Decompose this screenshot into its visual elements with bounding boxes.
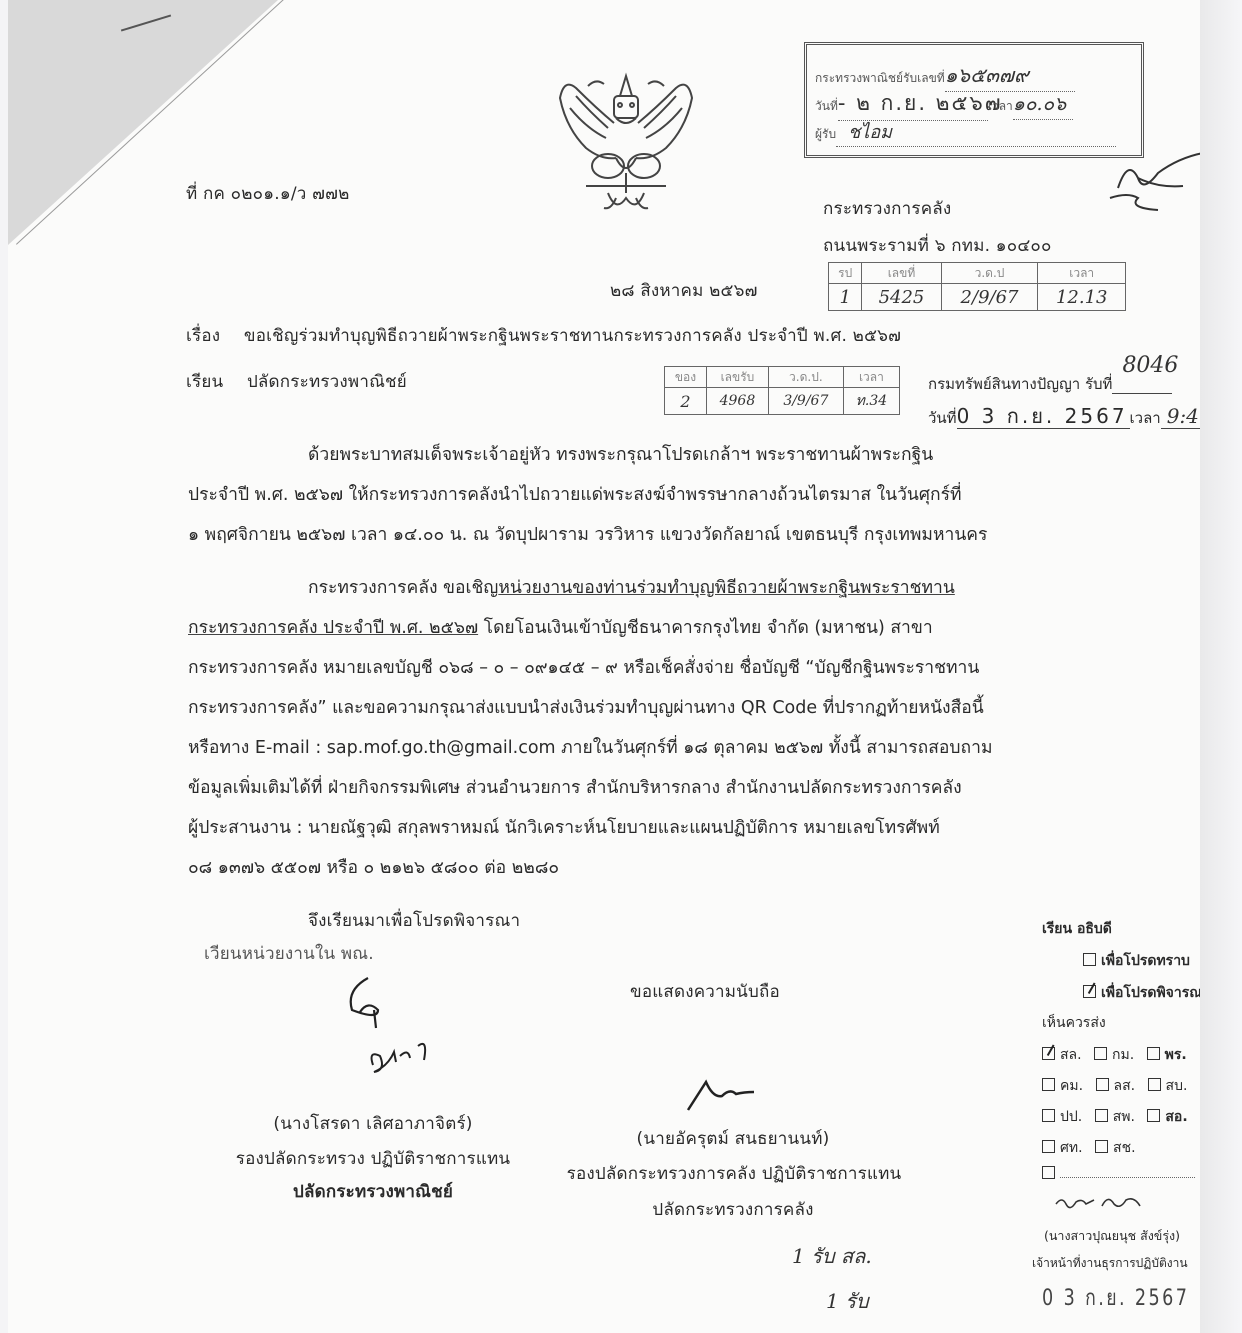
page-edge-shadow <box>1200 0 1242 1333</box>
ip-department-stamp: กรมทรัพย์สินทางปัญญา รับที่8046 <box>928 372 1172 396</box>
unit-label: สบ. <box>1166 1078 1188 1094</box>
right-signatory-name: (นายอัครุตม์ สนธยานนท์) <box>538 1125 928 1152</box>
unit-label: สล. <box>1060 1047 1082 1063</box>
folded-corner <box>8 0 278 245</box>
paragraph-2-line-3: กระทรวงการคลัง หมายเลขบัญชี ๐๖๘ – ๐ – ๐๙… <box>188 653 1098 681</box>
ip-receipt-value: 8046 <box>1122 353 1178 378</box>
sender-address: ถนนพระรามที่ ๖ กทม. ๑๐๔๐๐ <box>823 232 1052 259</box>
table-header: ว.ด.ป <box>941 263 1038 284</box>
underlined-text: กระทรวงการคลัง ประจำปี พ.ศ. ๒๕๖๗ <box>188 618 478 638</box>
regards-text: ขอแสดงความนับถือ <box>630 978 780 1005</box>
table-header: เลขที่ <box>862 263 941 284</box>
unit-row-3: ปป. สพ. สอ. <box>1042 1106 1196 1128</box>
table-cell: 2 <box>665 388 707 415</box>
recipient-text: ปลัดกระทรวงพาณิชย์ <box>247 372 407 392</box>
commerce-receipt-stamp: กระทรวงพาณิชย์รับเลขที่๑๖๕๓๗๙ วันที่- ๒ … <box>804 42 1144 158</box>
checkbox[interactable] <box>1042 1109 1055 1122</box>
table-cell: 12.13 <box>1038 284 1126 311</box>
table-header: ว.ด.ป. <box>768 367 843 388</box>
unit-row-1: สล. กม. พร. <box>1042 1044 1195 1066</box>
table-cell: 4968 <box>706 388 768 415</box>
reference-number: ที่ กค ๐๒๐๑.๑/ว ๗๗๒ <box>186 180 349 207</box>
routing-header: เรียน อธิบดี <box>1042 918 1112 940</box>
checkbox[interactable] <box>1083 953 1096 966</box>
receipt-no-label: กระทรวงพาณิชย์รับเลขที่ <box>815 71 945 85</box>
registry-stamp-table-1: รป เลขที่ ว.ด.ป เวลา 1 5425 2/9/67 12.13 <box>828 262 1126 311</box>
unit-label: ปป. <box>1060 1109 1082 1125</box>
paragraph-1-line-1: ด้วยพระบาทสมเด็จพระเจ้าอยู่หัว ทรงพระกรุ… <box>188 440 1098 468</box>
handwritten-note-2: 1 รับ <box>826 1285 869 1317</box>
right-signature-icon <box>678 1070 778 1120</box>
recipient-line: เรียน ปลัดกระทรวงพาณิชย์ <box>186 368 407 395</box>
checkbox[interactable] <box>1095 1109 1108 1122</box>
paragraph-2-line-8: ๐๘ ๑๓๗๖ ๕๕๐๗ หรือ ๐ ๒๑๒๖ ๕๘๐๐ ต่อ ๒๒๘๐ <box>188 853 1098 881</box>
unit-label: ศท. <box>1060 1140 1083 1156</box>
table-cell: 3/9/67 <box>768 388 843 415</box>
left-signatory-title-2: ปลัดกระทรวงพาณิชย์ <box>208 1178 538 1205</box>
unit-label: พร. <box>1165 1047 1187 1063</box>
paragraph-text: กระทรวงการคลัง ขอเชิญ <box>308 578 498 598</box>
checkbox[interactable] <box>1147 1047 1160 1060</box>
table-cell: 5425 <box>862 284 941 311</box>
receipt-no-value: ๑๖๕๓๗๙ <box>945 63 1029 87</box>
circulation-note: เวียนหน่วยงานใน พณ. <box>204 940 374 967</box>
ip-receipt-label: กรมทรัพย์สินทางปัญญา รับที่ <box>928 375 1112 393</box>
panel-signature-icon <box>1048 1188 1178 1218</box>
paragraph-2-line-1: กระทรวงการคลัง ขอเชิญหน่วยงานของท่านร่วม… <box>188 573 1098 601</box>
panel-signer-title: เจ้าหน้าที่งานธุรการปฏิบัติงาน <box>1032 1254 1188 1273</box>
table-cell: ท.34 <box>843 388 899 415</box>
unit-row-2: คม. ลส. สบ. <box>1042 1075 1195 1097</box>
unit-label: สพ. <box>1113 1109 1135 1125</box>
left-signatory-name: (นางโสรดา เลิศอาภาจิตร์) <box>208 1110 538 1137</box>
ip-date-value: 0 3 ก.ย. 2567 <box>957 404 1130 429</box>
receipt-time-value: ๑๐.๐๖ <box>1013 93 1066 115</box>
unit-label: สช. <box>1113 1140 1136 1156</box>
table-header: เวลา <box>843 367 899 388</box>
table-header: ของ <box>665 367 707 388</box>
table-cell: 1 <box>829 284 862 311</box>
table-cell: 2/9/67 <box>941 284 1038 311</box>
ip-date-line: วันที่0 3 ก.ย. 2567เวลา9:47 <box>928 400 1208 432</box>
checkbox-checked[interactable] <box>1042 1047 1055 1060</box>
receipt-time-label: เวลา <box>988 99 1013 113</box>
document-date: ๒๘ สิงหาคม ๒๕๖๗ <box>610 277 758 304</box>
table-header: รป <box>829 263 862 284</box>
checkbox[interactable] <box>1096 1078 1109 1091</box>
registry-stamp-table-2: ของ เลขรับ ว.ด.ป. เวลา 2 4968 3/9/67 ท.3… <box>664 366 900 415</box>
initials-signature-icon <box>1098 148 1208 218</box>
paragraph-2-line-2: กระทรวงการคลัง ประจำปี พ.ศ. ๒๕๖๗ โดยโอนเ… <box>188 613 1098 641</box>
document-page: กระทรวงพาณิชย์รับเลขที่๑๖๕๓๗๙ วันที่- ๒ … <box>8 0 1208 1333</box>
recipient-label: เรียน <box>186 372 223 392</box>
checkbox[interactable] <box>1042 1166 1055 1179</box>
option-for-consideration[interactable]: เพื่อโปรดพิจารณา <box>1083 982 1208 1004</box>
table-header: เวลา <box>1038 263 1126 284</box>
checkbox[interactable] <box>1147 1109 1160 1122</box>
unit-label: ลส. <box>1114 1078 1136 1094</box>
panel-signer-name: (นางสาวปุณยนุช สังข์รุ่ง) <box>1044 1226 1180 1246</box>
unit-label: สอ. <box>1165 1109 1187 1125</box>
paragraph-2-line-6: ข้อมูลเพิ่มเติมได้ที่ ฝ่ายกิจกรรมพิเศษ ส… <box>188 773 1098 801</box>
right-signatory-title-2: ปลัดกระทรวงการคลัง <box>538 1196 928 1223</box>
left-signatory-title-1: รองปลัดกระทรวง ปฏิบัติราชการแทน <box>208 1145 538 1172</box>
ip-date-label: วันที่ <box>928 409 957 427</box>
subject-text: ขอเชิญร่วมทำบุญพิธีถวายผ้าพระกฐินพระราชท… <box>244 326 901 346</box>
paragraph-text: โดยโอนเงินเข้าบัญชีธนาคารกรุงไทย จำกัด (… <box>478 618 933 638</box>
paragraph-1-line-3: ๑ พฤศจิกายน ๒๕๖๗ เวลา ๑๔.๐๐ น. ณ วัดบุปผ… <box>188 520 1098 548</box>
underlined-text: หน่วยงานของท่านร่วมทำบุญพิธีถวายผ้าพระกฐ… <box>498 578 955 598</box>
subject-line: เรื่อง ขอเชิญร่วมทำบุญพิธีถวายผ้าพระกฐิน… <box>186 322 901 349</box>
subject-label: เรื่อง <box>186 326 220 346</box>
checkbox[interactable] <box>1094 1047 1107 1060</box>
sender-organization: กระทรวงการคลัง <box>823 195 951 222</box>
receipt-date-value: - ๒ ก.ย. ๒๕๖๗ <box>838 91 1003 115</box>
other-unit-field[interactable] <box>1060 1177 1195 1178</box>
garuda-emblem-icon <box>546 68 706 218</box>
paragraph-2-line-7: ผู้ประสานงาน : นายณัฐวุฒิ สกุลพราหมณ์ นั… <box>188 813 1098 841</box>
handwritten-note-1: 1 รับ สล. <box>792 1240 872 1272</box>
paragraph-1-line-2: ประจำปี พ.ศ. ๒๕๖๗ ให้กระทรวงการคลังนำไปถ… <box>188 480 1098 508</box>
receiver-label: ผู้รับ <box>815 127 836 141</box>
unit-row-4: ศท. สช. <box>1042 1137 1144 1159</box>
right-signatory-title-1: รองปลัดกระทรวงการคลัง ปฏิบัติราชการแทน <box>524 1160 944 1187</box>
checkbox-checked[interactable] <box>1083 985 1096 998</box>
left-signature-icon <box>338 970 458 1080</box>
unit-label: คม. <box>1060 1078 1083 1094</box>
unit-label: กม. <box>1112 1047 1134 1063</box>
ip-time-label: เวลา <box>1130 409 1161 427</box>
send-to-label: เห็นควรส่ง <box>1042 1012 1106 1034</box>
receipt-date-label: วันที่ <box>815 99 838 113</box>
checkbox[interactable] <box>1148 1078 1161 1091</box>
paragraph-2-line-4: กระทรวงการคลัง” และขอความกรุณาส่งแบบนำส่… <box>188 693 1098 721</box>
option-for-information[interactable]: เพื่อโปรดทราบ <box>1083 950 1190 972</box>
checkbox[interactable] <box>1042 1140 1055 1153</box>
checkbox-label: เพื่อโปรดทราบ <box>1101 953 1190 969</box>
checkbox[interactable] <box>1042 1078 1055 1091</box>
checkbox[interactable] <box>1095 1140 1108 1153</box>
table-header: เลขรับ <box>706 367 768 388</box>
receiver-value: ชไอม <box>848 122 892 143</box>
unit-row-other <box>1042 1166 1195 1182</box>
closing-text: จึงเรียนมาเพื่อโปรดพิจารณา <box>308 907 520 934</box>
checkbox-label: เพื่อโปรดพิจารณา <box>1101 985 1208 1001</box>
paragraph-2-line-5: หรือทาง E-mail : sap.mof.go.th@gmail.com… <box>188 733 1098 761</box>
panel-date-stamp: 0 3 ก.ย. 2567 <box>1042 1280 1189 1315</box>
